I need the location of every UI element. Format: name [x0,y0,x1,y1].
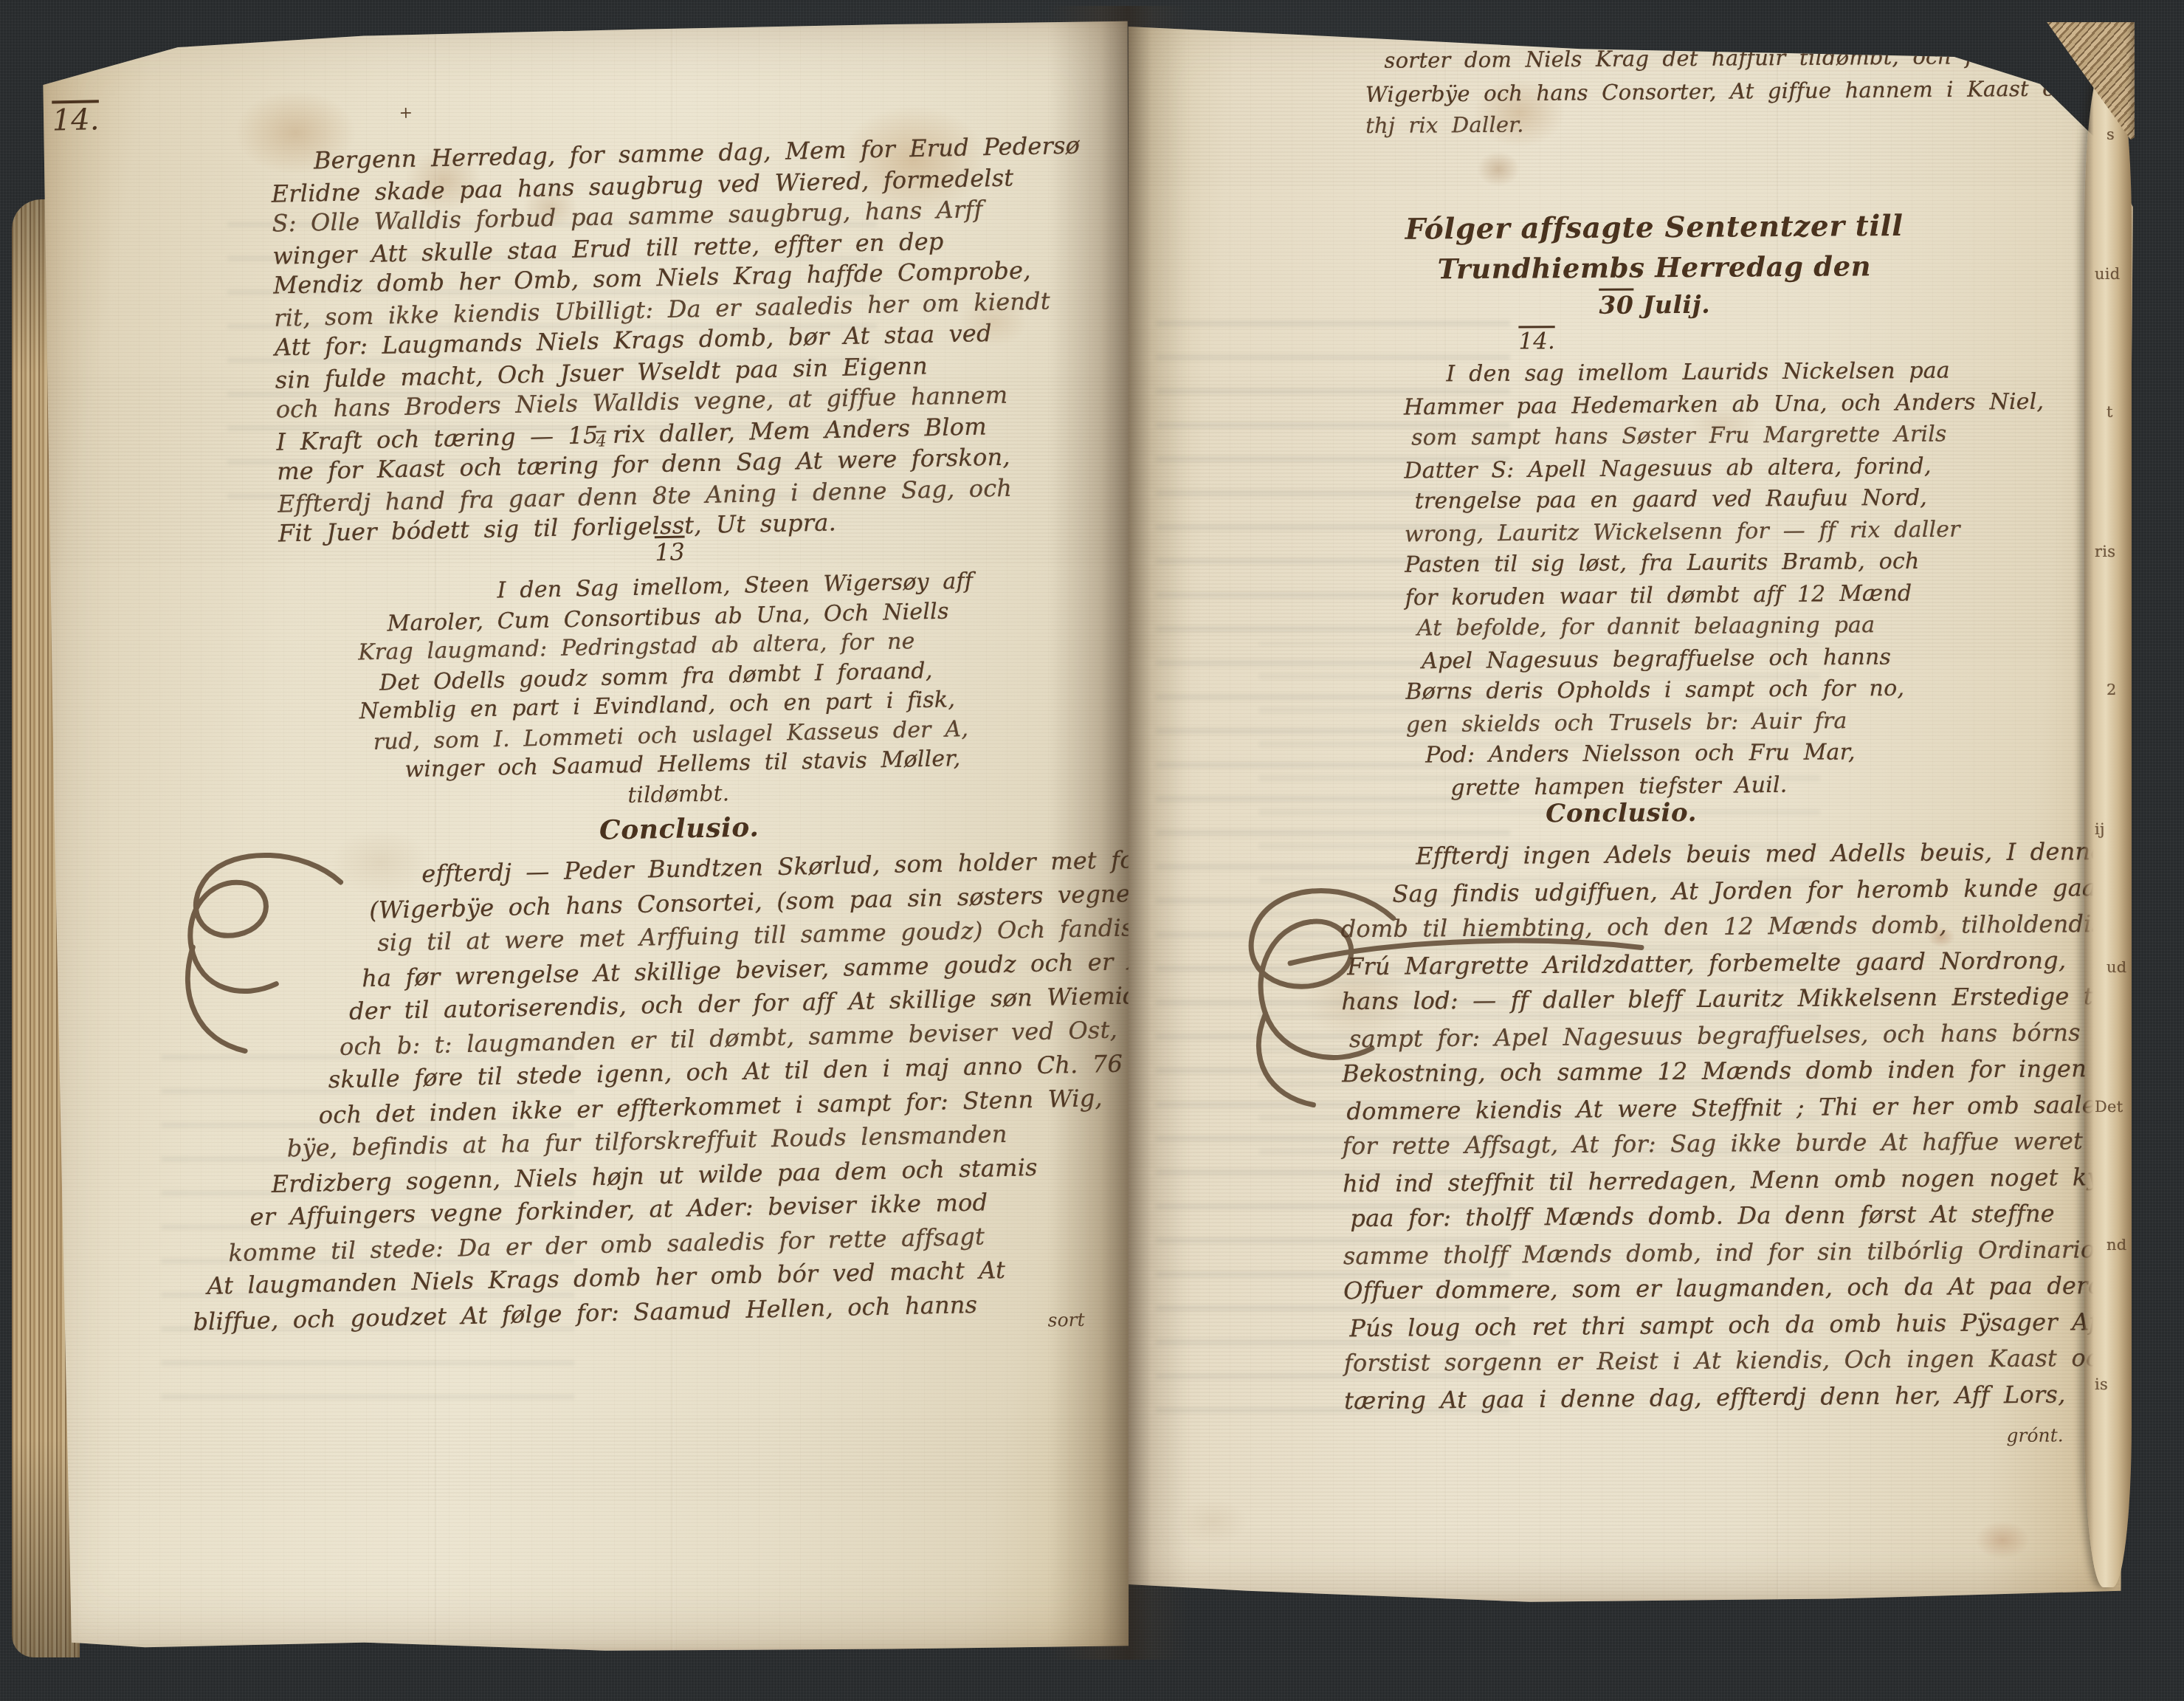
right-page-content: sorter dom Niels Krag det haffuir tildøm… [1121,1,2142,1604]
manuscript-text-line: Datter S: Apell Nagesuus ab altera, fori… [1404,450,1987,487]
folio-number: 14. [52,103,100,137]
plus-mark: + [399,104,413,123]
left-page-content: 14. + Bergenn Herredag, for samme dag, M… [19,0,1147,1653]
manuscript-text-line: At befolde, for dannit belaagning paa [1405,608,1988,645]
manuscript-text-line: sampt for: Apel Nagesuus begraffuelses, … [1342,1014,2135,1058]
manuscript-text-line: ris [2084,482,2132,621]
manuscript-text-line: Apel Nagesuus begraffuelse och hanns [1405,640,1988,677]
manuscript-text-line: Effterdj ingen Adels beuis med Adells be… [1340,834,2134,876]
manuscript-text-line: hans lod: — ff daller bleff Lauritz Mikk… [1341,978,2135,1020]
heading-date: 30 Julij. [1330,285,1980,325]
manuscript-text-line: sorter dom Niels Krag det haffuir tildøm… [1365,39,2103,77]
manuscript-text-line: Frú Margrette Arildzdatter, forbemelte g… [1341,942,2135,986]
curled-page-edge: suidtris2ijud 8Detndis [2084,65,2132,1587]
manuscript-text-line: nd [2084,1175,2132,1314]
manuscript-text-line: hid ind steffnit til herredagen, Menn om… [1343,1159,2136,1203]
conclusio-paragraph-right: Effterdj ingen Adels beuis med Adells be… [1340,834,2138,1417]
dust-specks [0,0,1,1]
conclusio-paragraph-left: effterdj — Peder Bundtzen Skørlud, som h… [178,842,1140,1337]
manuscript-text-line: tæring At gaa i denne dag, effterdj denn… [1344,1376,2138,1420]
sentences-heading: Fólger affsagte Sententzer till Trundhie… [1329,205,1980,325]
right-page: sorter dom Niels Krag det haffuir tildøm… [1126,7,2136,1604]
manuscript-text-line: ij [2084,760,2132,898]
manuscript-text-line: is [2084,1315,2132,1454]
manuscript-text-line: trengelse paa en gaard ved Raufuu Nord, [1405,481,1988,518]
manuscript-text-line: thj rix Daller. [1365,104,2104,142]
manuscript-text-line: gen skields och Trusels br: Auir fra [1406,704,1989,740]
manuscript-text-line: Pasten til sig løst, fra Laurits Bramb, … [1405,545,1988,581]
conclusio-heading-right: Conclusio. [1481,797,1762,829]
manuscript-text-line: samme tholff Mænds domb, ind for sin til… [1343,1231,2137,1275]
manuscript-text-line: Det [2084,1037,2132,1176]
manuscript-text-line: uid [2084,205,2132,343]
opening-paragraph: Bergenn Herredag, for samme dag, Mem for… [270,128,1142,549]
manuscript-text-line: t [2084,343,2132,481]
catchword-left: sort [1047,1309,1084,1331]
heading-line-1: Fólger affsagte Sententzer till [1329,205,1979,250]
manuscript-text-line: wrong, Lauritz Wickelsenn for — ff rix d… [1405,513,1988,550]
manuscript-text-line: Offuer dommere, som er laugmanden, och d… [1343,1268,2137,1310]
manuscript-text-line: paa for: tholff Mænds domb. Da denn førs… [1343,1195,2136,1237]
conclusio-heading-left: Conclusio. [332,806,1027,851]
manuscript-text-line: Hammer paa Hedemarken ab Una, och Anders… [1404,386,1987,423]
insertion-mark: 4 [596,433,606,451]
heading-line-2: Trundhiembs Herredag den [1329,246,1979,289]
manuscript-text-line: for rette Affsagt, At for: Sag ikke burd… [1343,1123,2136,1165]
carryover-lines: sorter dom Niels Krag det haffuir tildøm… [1365,39,2104,142]
manuscript-text-line: forstist sorgenn er Reist i At kiendis, … [1344,1340,2138,1382]
manuscript-scan: 14. + Bergenn Herredag, for samme dag, M… [0,0,2184,1701]
manuscript-text-line: 2 [2084,620,2132,759]
manuscript-text-line: I den sag imellom Laurids Nickelsen paa [1403,354,1986,391]
manuscript-text-line: domb til hiembting, och den 12 Mænds dom… [1341,906,2135,948]
manuscript-text-line: Pod: Anders Nielsson och Fru Mar, [1406,735,1989,772]
manuscript-text-line: Børns deris Opholds i sampt och for no, [1405,672,1988,708]
section-14-intro: I den sag imellom Laurids Nickelsen paaH… [1403,354,1989,803]
section-14-number: 14. [1441,327,1633,355]
manuscript-text-line: Bekostning, och samme 12 Mænds domb inde… [1342,1051,2135,1093]
manuscript-text-line: for koruden waar til dømbt aff 12 Mænd [1405,577,1988,614]
left-page: 14. + Bergenn Herredag, for samme dag, M… [35,16,1131,1652]
catchword-right: grónt. [2006,1424,2063,1446]
manuscript-text-line: som sampt hans Søster Fru Margrette Aril… [1404,418,1987,454]
section-13-intro: I den Sag imellom, Steen Wigersøy affMar… [356,566,1024,786]
manuscript-text-line: ud 8 [2084,898,2132,1037]
